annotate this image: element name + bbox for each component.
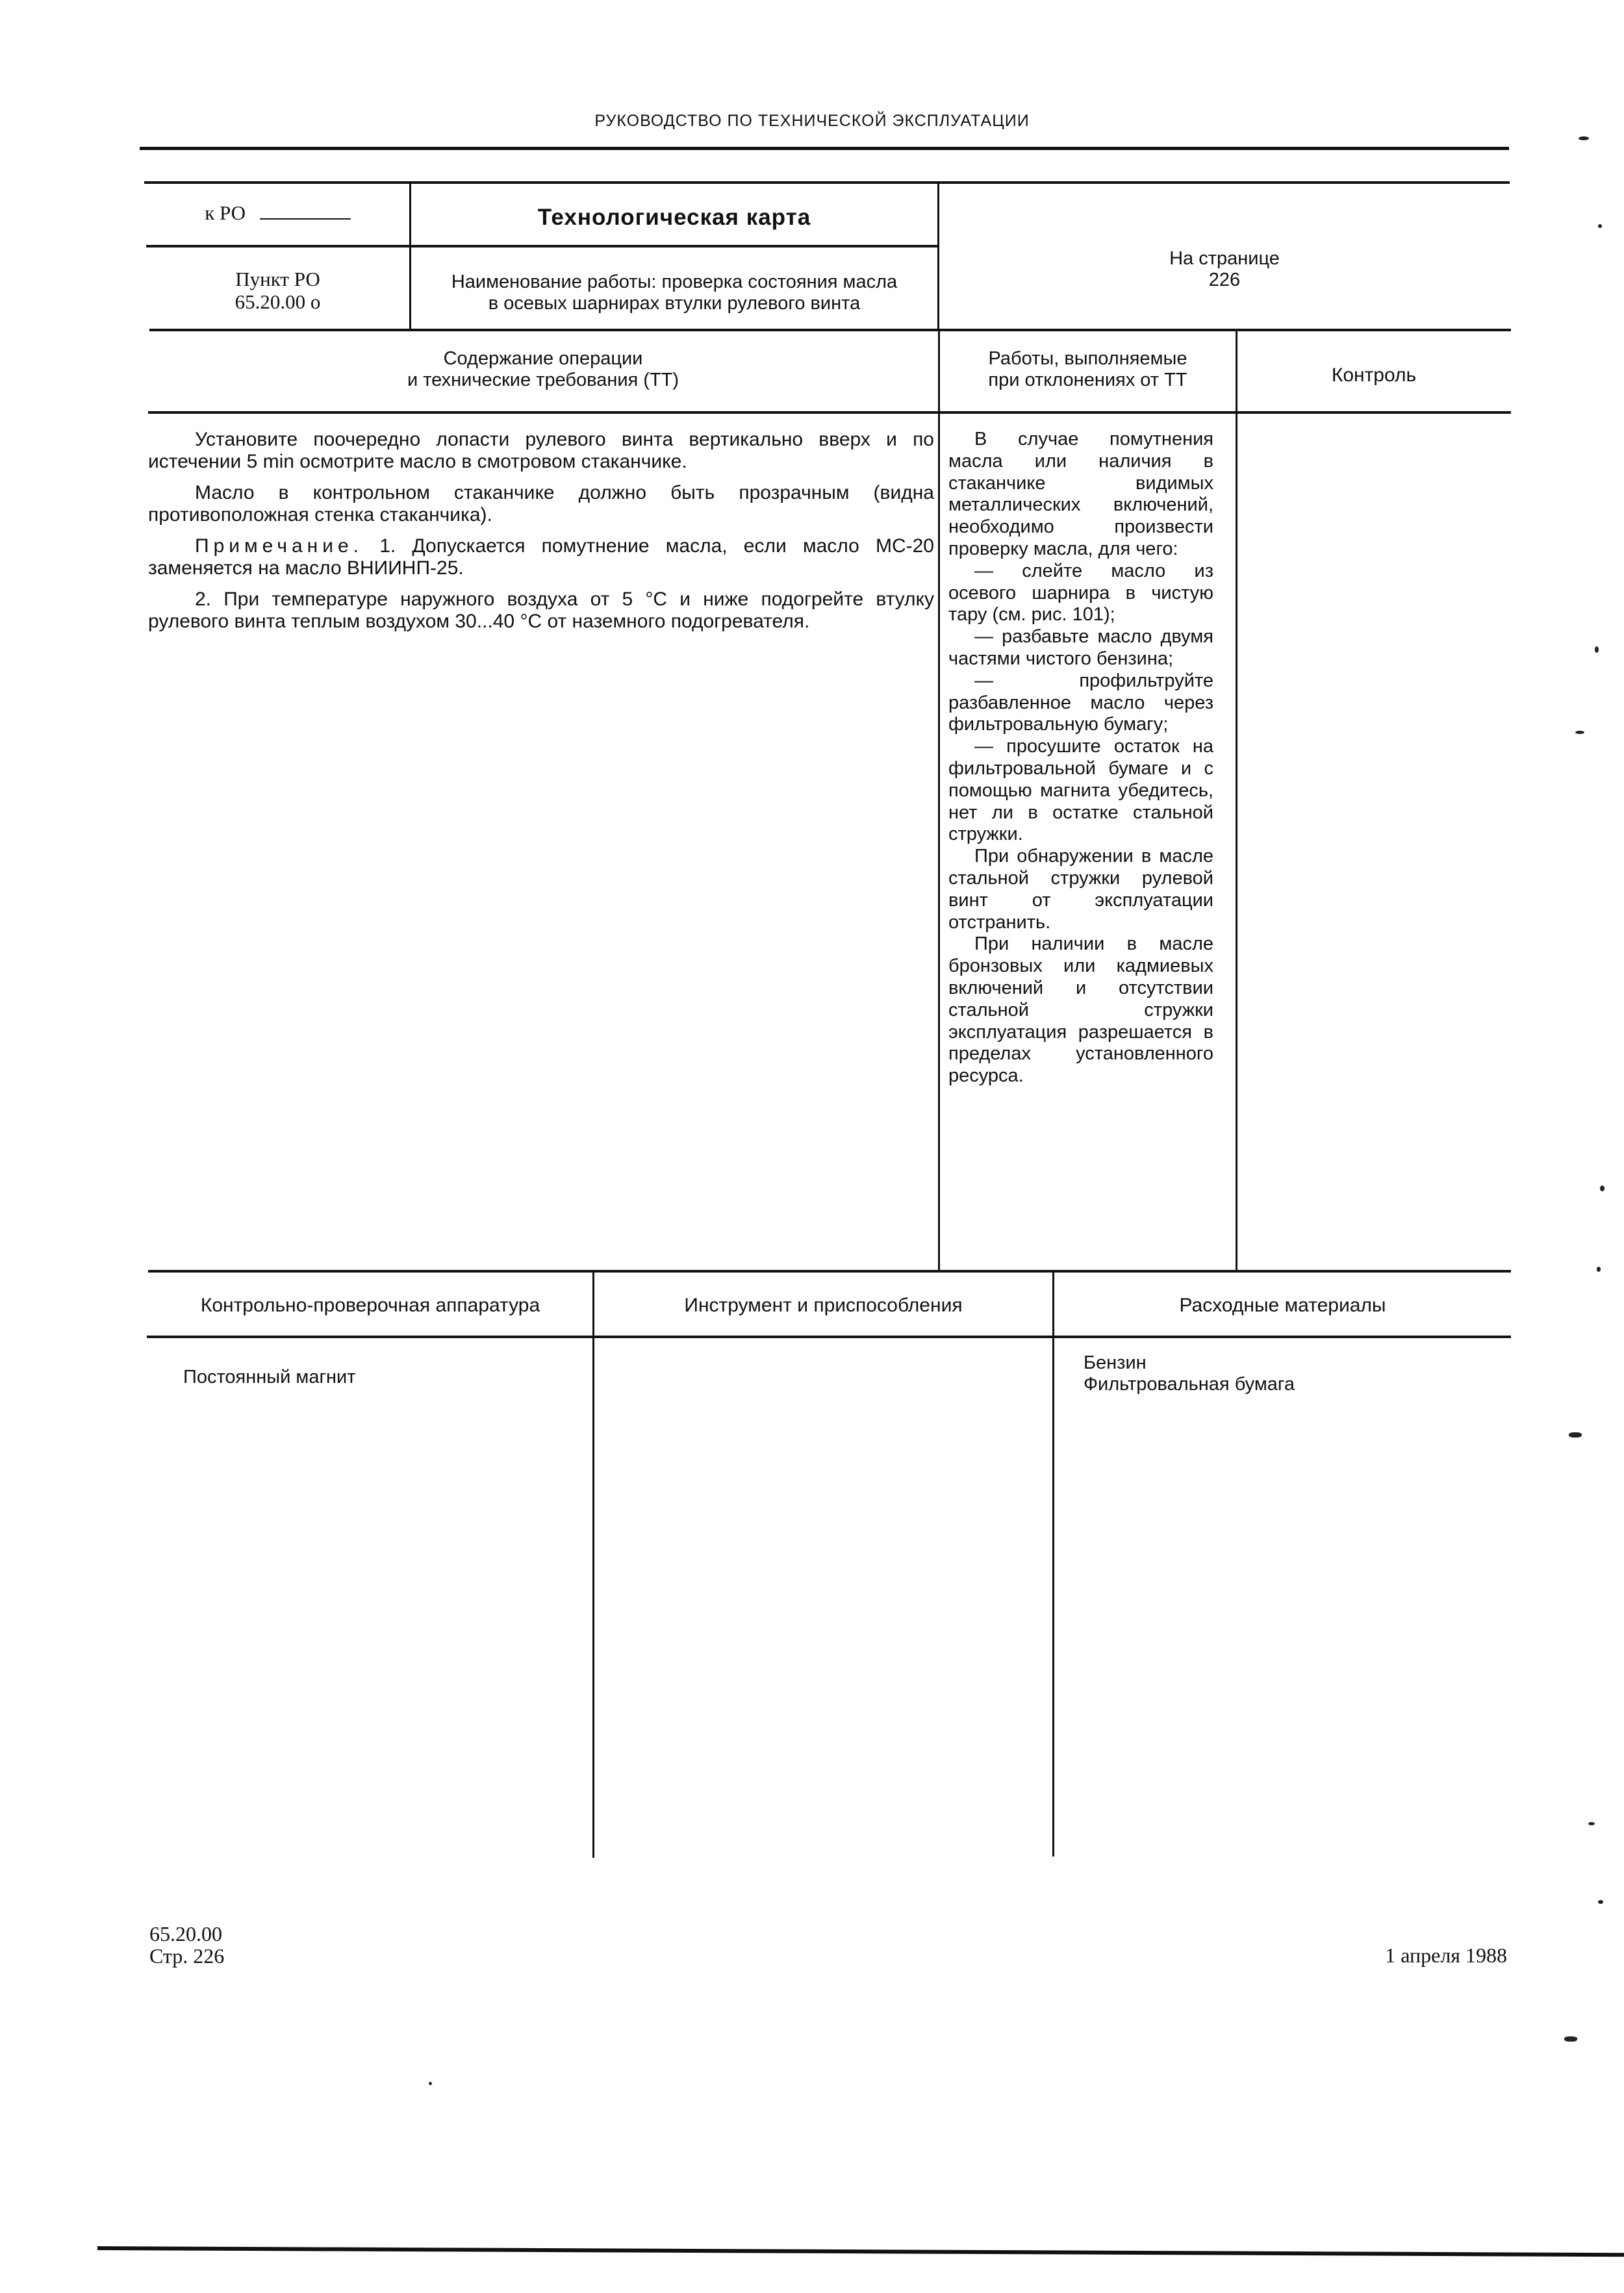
deviation-para-bronze: При наличии в масле бронзовых или кадмие… xyxy=(948,933,1213,1087)
running-head: РУКОВОДСТВО ПО ТЕХНИЧЕСКОЙ ЭКСПЛУАТАЦИИ xyxy=(0,112,1624,131)
resources-col-divider-1 xyxy=(592,1272,594,1858)
punkt-label: Пункт РО xyxy=(146,268,409,290)
punkt-cell: Пункт РО 65.20.00 о xyxy=(146,268,409,313)
scan-speck xyxy=(1600,1185,1605,1191)
resources-header-materials: Расходные материалы xyxy=(1054,1295,1511,1317)
body-col-divider-1 xyxy=(938,330,940,1272)
resources-header-tools: Инструмент и приспособления xyxy=(594,1295,1052,1317)
footer-date: 1 апреля 1988 xyxy=(1351,1944,1507,1966)
column-header-deviation-line2: при отклонениях от ТТ xyxy=(940,370,1236,391)
punkt-value: 65.20.00 о xyxy=(146,290,409,313)
header-row-divider xyxy=(146,245,937,247)
page-ref-label: На странице xyxy=(939,248,1510,270)
column-header-bottom-rule xyxy=(148,411,1511,414)
resources-top-rule xyxy=(148,1270,1511,1273)
resources-header-rule xyxy=(147,1336,1511,1338)
k-ro-label: к РО xyxy=(205,201,246,224)
scan-speck xyxy=(1588,1822,1595,1825)
equipment-item: Постоянный магнит xyxy=(183,1367,573,1388)
equipment-list: Постоянный магнит xyxy=(183,1367,573,1388)
scan-speck xyxy=(1597,1267,1601,1272)
footer-left: 65.20.00 Стр. 226 xyxy=(149,1923,224,1967)
resources-col-divider-2 xyxy=(1052,1272,1054,1856)
deviation-para-steel: При обнаружении в масле стальной стружки… xyxy=(948,846,1213,933)
work-name-line2: в осевых шарнирах втулки рулевого винта xyxy=(411,293,937,314)
deviation-step-filter: — профильтруйте разбавленное масло через… xyxy=(948,670,1213,736)
materials-list: Бензин Фильтровальная бумага xyxy=(1084,1352,1473,1395)
column-header-content-line2: и технические требования (ТТ) xyxy=(148,370,938,391)
deviation-cell: В случае помутнения масла или наличия в … xyxy=(948,429,1213,1087)
scan-speck xyxy=(1598,224,1602,228)
scan-speck xyxy=(1595,646,1599,653)
work-name-line1: Наименование работы: проверка состояния … xyxy=(411,272,937,293)
materials-item: Бензин xyxy=(1084,1352,1473,1374)
deviation-step-dry: — просушите остаток на фильтровальной бу… xyxy=(948,736,1213,846)
content-note-2: 2. При температуре наружного воздуха от … xyxy=(148,589,934,633)
top-rule xyxy=(140,147,1509,150)
card-title: Технологическая карта xyxy=(411,205,937,231)
column-header-content-line1: Содержание операции xyxy=(148,348,938,370)
footer-page: Стр. 226 xyxy=(149,1945,224,1967)
work-name-cell: Наименование работы: проверка состояния … xyxy=(411,272,937,314)
scan-speck xyxy=(1598,1900,1603,1904)
scan-speck xyxy=(1564,2036,1577,2042)
deviation-para-1: В случае помутнения масла или наличия в … xyxy=(948,429,1213,561)
content-para-1: Установите поочередно лопасти рулевого в… xyxy=(148,429,934,473)
resources-header-equipment: Контрольно-проверочная аппаратура xyxy=(148,1295,592,1317)
header-bottom-rule xyxy=(149,329,1511,331)
deviation-step-dilute: — разбавьте масло двумя частями чистого … xyxy=(948,626,1213,670)
content-cell: Установите поочередно лопасти рулевого в… xyxy=(148,429,934,642)
footer-section: 65.20.00 xyxy=(149,1923,224,1945)
content-note-1: Примечание. 1. Допускается помутнение ма… xyxy=(148,535,934,579)
column-header-deviation: Работы, выполняемые при отклонениях от Т… xyxy=(940,348,1236,391)
deviation-step-drain: — слейте масло из осевого шарнира в чист… xyxy=(948,561,1213,626)
column-header-control: Контроль xyxy=(1237,364,1510,386)
control-cell xyxy=(1237,429,1510,1267)
column-header-deviation-line1: Работы, выполняемые xyxy=(940,348,1236,370)
scan-speck xyxy=(1579,136,1589,140)
page-ref-cell: На странице 226 xyxy=(939,248,1510,291)
k-ro-cell: к РО xyxy=(146,201,409,224)
column-header-content: Содержание операции и технические требов… xyxy=(148,348,938,391)
header-top-rule xyxy=(144,181,1510,184)
scan-speck xyxy=(429,2082,432,2085)
materials-item: Фильтровальная бумага xyxy=(1084,1374,1473,1395)
scan-speck xyxy=(1569,1432,1582,1438)
content-para-2: Масло в контрольном стаканчике должно бы… xyxy=(148,482,934,526)
note-label: Примечание. xyxy=(195,535,363,557)
page-ref-value: 226 xyxy=(939,270,1510,291)
scan-edge-line xyxy=(97,2246,1624,2257)
scan-speck xyxy=(1575,731,1584,734)
k-ro-blank[interactable] xyxy=(260,201,351,220)
